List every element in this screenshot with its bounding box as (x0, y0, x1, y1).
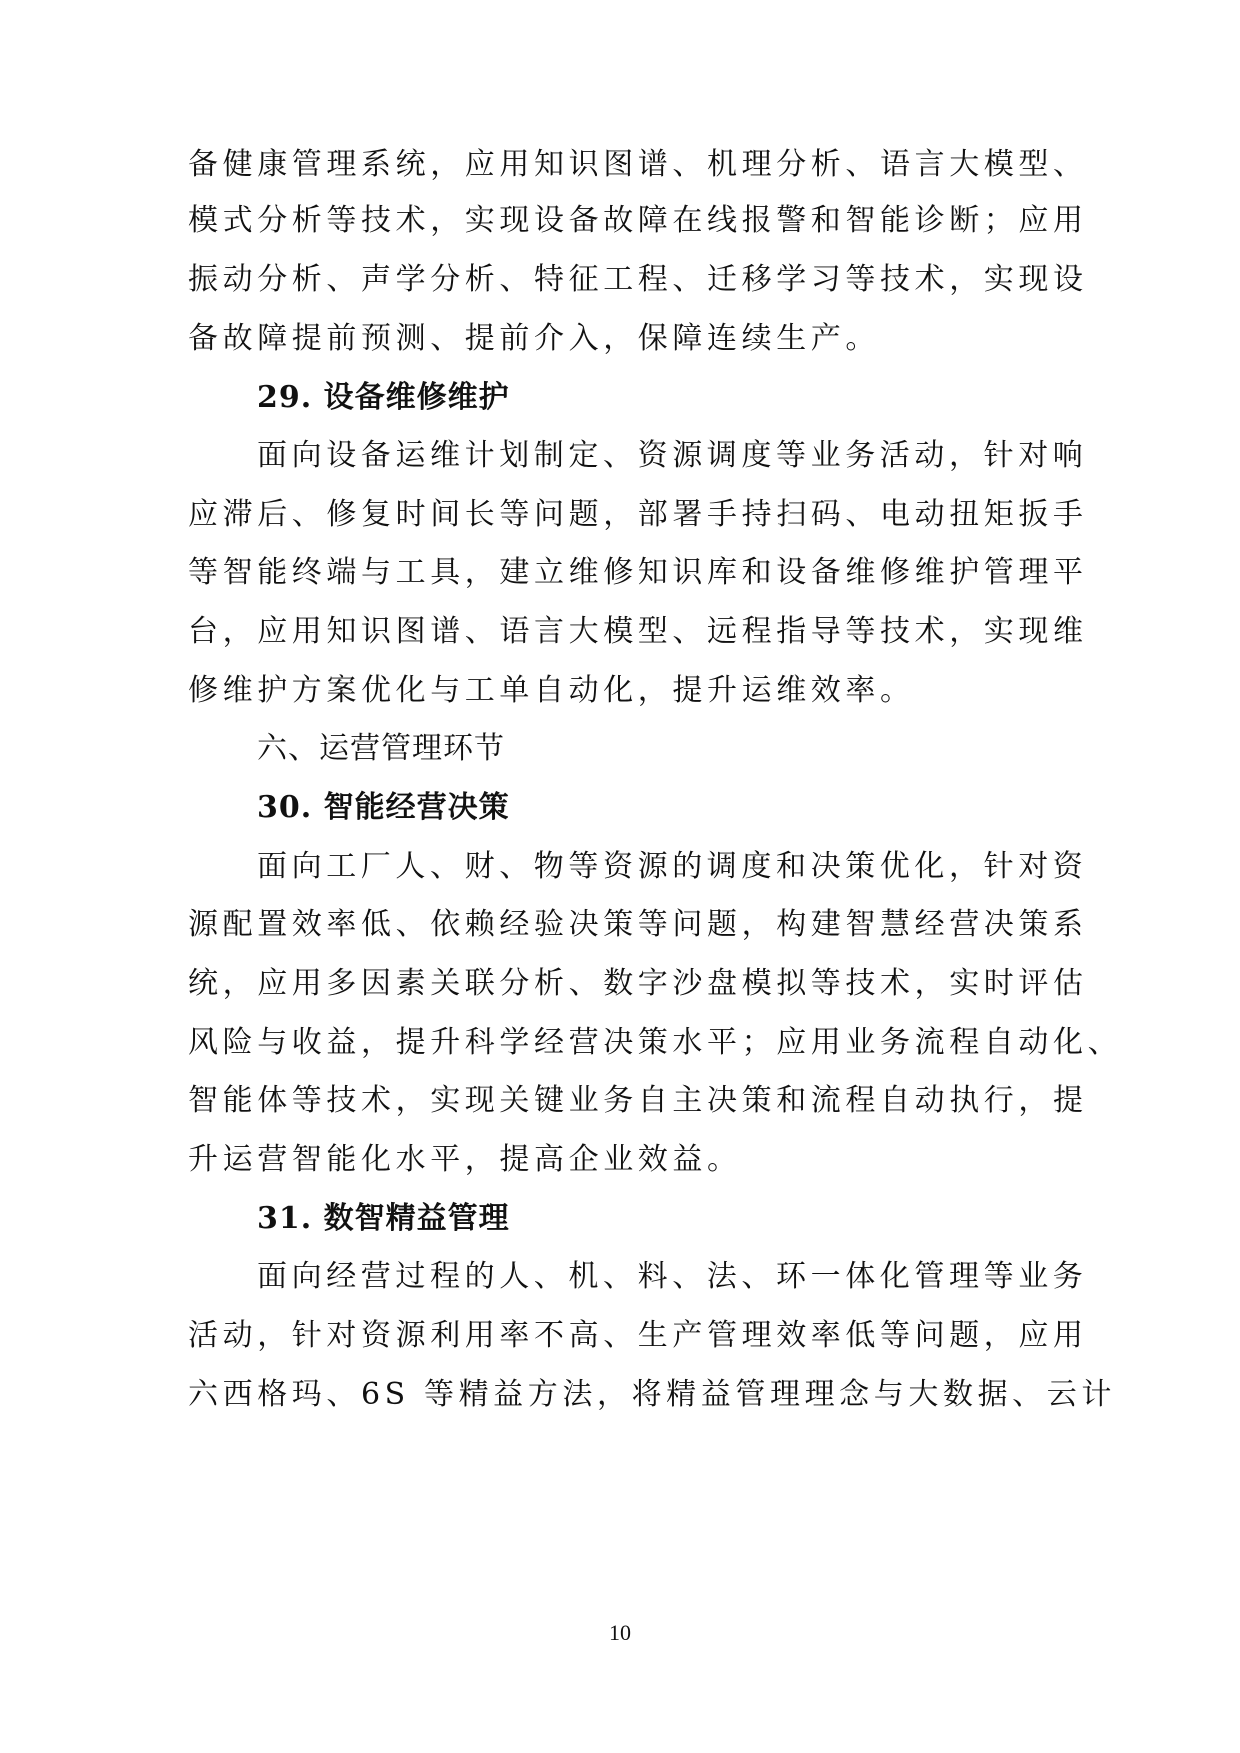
paragraph-line: 面向经营过程的人、机、料、法、环一体化管理等业务 (257, 1252, 1127, 1302)
subheading-29: 29. 设备维修维护 (257, 373, 1127, 423)
paragraph-line: 应滞后、修复时间长等问题，部署手持扫码、电动扭矩扳手 (188, 490, 1058, 540)
subheading-30: 30. 智能经营决策 (257, 783, 1127, 833)
paragraph-line: 智能体等技术，实现关键业务自主决策和流程自动执行，提 (188, 1076, 1058, 1126)
paragraph-line: 面向工厂人、财、物等资源的调度和决策优化，针对资 (257, 842, 1127, 892)
page-number: 10 (0, 1620, 1240, 1646)
paragraph-line: 面向设备运维计划制定、资源调度等业务活动，针对响 (257, 431, 1127, 481)
paragraph-line: 源配置效率低、依赖经验决策等问题，构建智慧经营决策系 (188, 900, 1058, 950)
paragraph-line: 风险与收益，提升科学经营决策水平；应用业务流程自动化、 (188, 1018, 1058, 1068)
section-heading-6: 六、运营管理环节 (257, 724, 1127, 774)
paragraph-line: 升运营智能化水平，提高企业效益。 (188, 1135, 1058, 1185)
subheading-31: 31. 数智精益管理 (257, 1194, 1127, 1244)
paragraph-line: 六西格玛、6S 等精益方法，将精益管理理念与大数据、云计 (188, 1370, 1058, 1420)
paragraph-line: 修维护方案优化与工单自动化，提升运维效率。 (188, 666, 1058, 716)
document-page: 备健康管理系统，应用知识图谱、机理分析、语言大模型、 模式分析等技术，实现设备故… (0, 0, 1240, 1753)
paragraph-line: 等智能终端与工具，建立维修知识库和设备维修维护管理平 (188, 548, 1058, 598)
paragraph-line: 振动分析、声学分析、特征工程、迁移学习等技术，实现设 (188, 255, 1058, 305)
paragraph-line: 模式分析等技术，实现设备故障在线报警和智能诊断；应用 (188, 196, 1058, 246)
paragraph-line: 活动，针对资源利用率不高、生产管理效率低等问题，应用 (188, 1311, 1058, 1361)
paragraph-line: 统，应用多因素关联分析、数字沙盘模拟等技术，实时评估 (188, 959, 1058, 1009)
paragraph-line: 备故障提前预测、提前介入，保障连续生产。 (188, 314, 1058, 364)
paragraph-line: 备健康管理系统，应用知识图谱、机理分析、语言大模型、 (188, 140, 1058, 190)
paragraph-line: 台，应用知识图谱、语言大模型、远程指导等技术，实现维 (188, 607, 1058, 657)
